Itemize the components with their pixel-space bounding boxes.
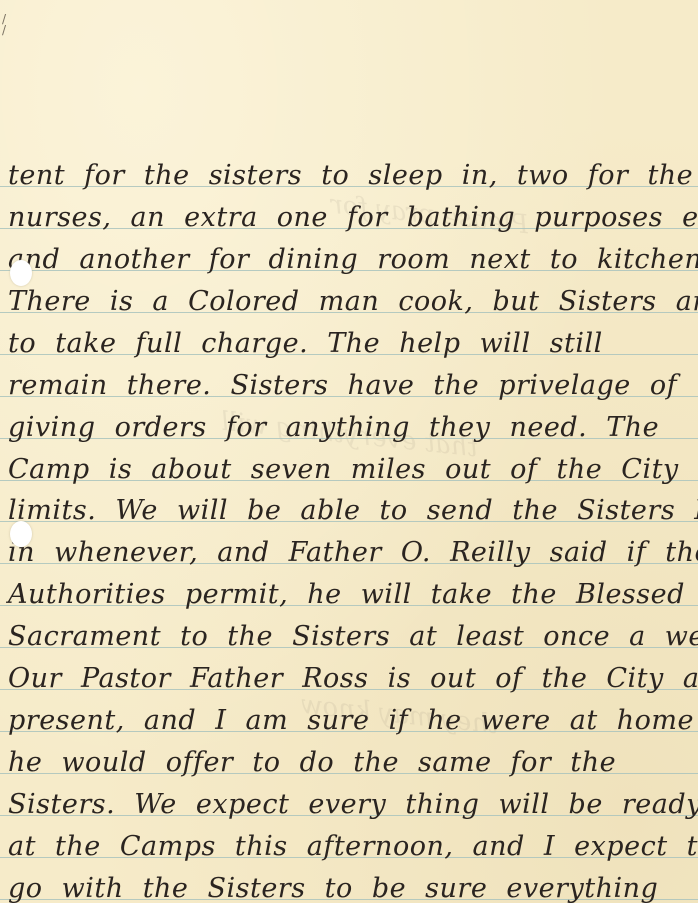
handwritten-line: limits. We will be able to send the Sist…	[8, 495, 698, 527]
handwritten-line: giving orders for anything they need. Th…	[8, 412, 698, 444]
handwritten-line: in whenever, and Father O. Reilly said i…	[8, 537, 698, 569]
handwritten-line: Camp is about seven miles out of the Cit…	[8, 454, 698, 486]
handwritten-line: Sisters. We expect every thing will be r…	[8, 789, 698, 821]
handwritten-line: Our Pastor Father Ross is out of the Cit…	[8, 663, 698, 695]
letter-page: // Please pray for that everything will …	[0, 0, 698, 903]
handwritten-line: at the Camps this afternoon, and I expec…	[8, 831, 698, 863]
handwritten-line: remain there. Sisters have the privelage…	[8, 370, 698, 402]
handwritten-line: to take full charge. The help will still	[8, 328, 698, 360]
handwritten-line: nurses, an extra one for bathing purpose…	[8, 202, 698, 234]
handwritten-line: tent for the sisters to sleep in, two fo…	[8, 160, 698, 192]
handwritten-line: he would offer to do the same for the	[8, 747, 698, 779]
handwritten-line: There is a Colored man cook, but Sisters…	[8, 286, 698, 318]
handwritten-line: Sacrament to the Sisters at least once a…	[8, 621, 698, 653]
handwritten-line: present, and I am sure if he were at hom…	[8, 705, 698, 737]
handwritten-line: Authorities permit, he will take the Ble…	[8, 579, 698, 611]
punch-hole	[10, 260, 32, 286]
handwritten-line: and another for dining room next to kitc…	[8, 244, 698, 276]
corner-ink-mark: //	[2, 14, 8, 36]
punch-hole	[10, 521, 32, 547]
handwritten-line: go with the Sisters to be sure everythin…	[8, 873, 698, 903]
